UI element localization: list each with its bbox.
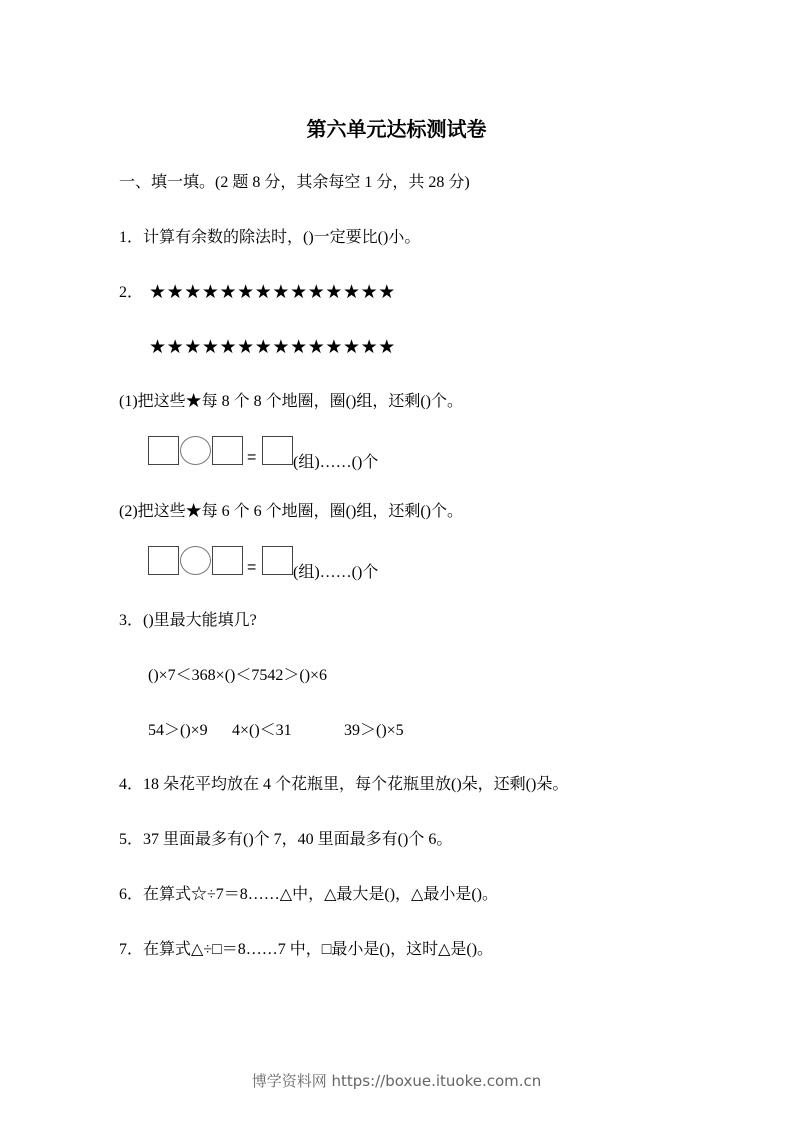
star-row-2: ★★★★★★★★★★★★★★: [149, 337, 396, 357]
question-3-row-2a: 54＞()×9: [148, 721, 208, 741]
question-7: 7．在算式△÷□＝8……7 中，□最小是()，这时△是()。: [119, 940, 493, 960]
answer-box-dividend[interactable]: [148, 546, 179, 575]
answer-box-divisor[interactable]: [212, 436, 243, 465]
question-2-number: 2．: [119, 283, 143, 303]
question-1: 1．计算有余数的除法时，()一定要比()小。: [119, 228, 420, 248]
question-6: 6．在算式☆÷7＝8……△中，△最大是()，△最小是()。: [119, 885, 498, 905]
equals-sign: =: [247, 449, 256, 467]
question-2-part-2-prompt: (2)把这些★每 6 个 6 个地圈，圈()组，还剩()个。: [119, 502, 463, 522]
answer-box-divisor[interactable]: [212, 546, 243, 575]
operator-circle[interactable]: [180, 546, 211, 575]
question-3-row-1: ()×7＜368×()＜7542＞()×6: [148, 666, 327, 686]
answer-box-quotient[interactable]: [262, 546, 293, 575]
exam-page: 第六单元达标测试卷 一、填一填。(2 题 8 分，其余每空 1 分，共 28 分…: [0, 0, 793, 1122]
star-row-1: ★★★★★★★★★★★★★★: [149, 282, 396, 302]
footer-watermark: 博学资料网 https://boxue.ituoke.com.cn: [0, 1070, 793, 1091]
question-2-part-1-prompt: (1)把这些★每 8 个 8 个地圈，圈()组，还剩()个。: [119, 392, 463, 412]
question-5: 5．37 里面最多有()个 7，40 里面最多有()个 6。: [119, 830, 452, 850]
section-heading: 一、填一填。(2 题 8 分，其余每空 1 分，共 28 分): [119, 173, 470, 193]
question-4: 4．18 朵花平均放在 4 个花瓶里，每个花瓶里放()朵，还剩()朵。: [119, 775, 568, 795]
answer-box-dividend[interactable]: [148, 436, 179, 465]
operator-circle[interactable]: [180, 436, 211, 465]
question-3-row-2c: 39＞()×5: [344, 721, 404, 741]
equation-tail: (组)……()个: [293, 559, 378, 582]
question-3-prompt: 3．()里最大能填几?: [119, 611, 257, 631]
question-3-row-2b: 4×()＜31: [232, 721, 292, 741]
equals-sign: =: [247, 559, 256, 577]
page-title: 第六单元达标测试卷: [0, 113, 793, 142]
equation-tail: (组)……()个: [293, 449, 378, 472]
answer-box-quotient[interactable]: [262, 436, 293, 465]
